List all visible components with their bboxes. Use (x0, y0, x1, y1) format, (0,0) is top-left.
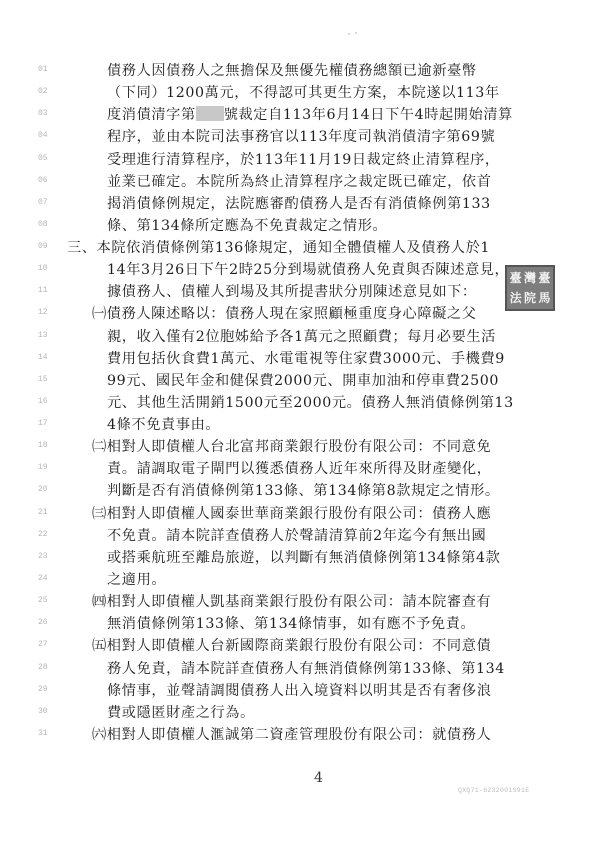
line-text: 不免責。請本院詳查債務人於聲請清算前2年迄今有無出國 (107, 525, 486, 547)
line-number: 12 (38, 308, 62, 317)
line-text: 條情事，並聲請調閱債務人出入境資料以明其是否有奢侈浪 (107, 680, 491, 702)
seal-char: 臺 (509, 269, 522, 288)
document-line: 06並業已確定。本院所為終止清算程序之裁定既已確定，依首 (0, 171, 595, 193)
line-number: 06 (38, 176, 62, 185)
document-line: 09三、本院依消債條例第136條規定，通知全體債權人及債務人於1 (0, 237, 595, 259)
line-text: 務人免責，請本院詳查債務人有無消債條例第133條、第134 (107, 658, 505, 680)
document-line: 31㈥相對人即債權人滙誠第二資產管理股份有限公司：就債務人 (0, 724, 595, 746)
seal-char: 法 (509, 289, 522, 308)
document-line: 24之適用。 (0, 569, 595, 591)
court-seal-stamp: 臺 灣 臺 法 院 馬 (505, 265, 555, 311)
line-text: 三、本院依消債條例第136條規定，通知全體債權人及債務人於1 (67, 237, 490, 259)
page-number: 4 (314, 770, 323, 786)
line-number: 23 (38, 552, 62, 561)
line-text: （下同）1200萬元，不得認可其更生方案，本院遂以113年 (107, 82, 500, 104)
document-line: 16元、其他生活開銷1500元至2000元。債務人無消債條例第13 (0, 392, 595, 414)
line-text: ㈥相對人即債權人滙誠第二資產管理股份有限公司：就債務人 (92, 724, 491, 746)
document-line: 08條、第134條所定應為不免責裁定之情形。 (0, 215, 595, 237)
line-number: 11 (38, 286, 62, 295)
line-number: 26 (38, 618, 62, 627)
line-number: 15 (38, 375, 62, 384)
line-text: 之適用。 (107, 569, 166, 591)
document-line: 27㈤相對人即債權人台新國際商業銀行股份有限公司：不同意債 (0, 635, 595, 657)
document-line: 04程序，並由本院司法事務官以113年度司執消債清字第69號 (0, 126, 595, 148)
document-line: 26無消債條例第133條、第134條情事，如有應不予免責。 (0, 613, 595, 635)
document-line: 30費或隱匿財產之行為。 (0, 702, 595, 724)
line-number: 20 (38, 485, 62, 494)
line-text: ㈢相對人即債權人國泰世華商業銀行股份有限公司：債務人應 (92, 503, 491, 525)
document-line: 14費用包括伙食費1萬元、水電電視等住家費3000元、手機費9 (0, 348, 595, 370)
line-number: 27 (38, 640, 62, 649)
document-line: 18㈡相對人即債權人台北富邦商業銀行股份有限公司：不同意免 (0, 436, 595, 458)
line-text: 條、第134條所定應為不免責裁定之情形。 (107, 215, 387, 237)
line-number: 02 (38, 87, 62, 96)
seal-char: 馬 (538, 289, 551, 308)
line-number: 29 (38, 685, 62, 694)
document-line: 28務人免責，請本院詳查債務人有無消債條例第133條、第134 (0, 658, 595, 680)
line-text: 責。請調取電子閘門以獲悉債務人近年來所得及財產變化， (107, 458, 491, 480)
line-text: 或搭乘航班至離島旅遊，以判斷有無消債條例第134條第4款 (107, 547, 500, 569)
line-text: 判斷是否有消債條例第133條、第134條第8款規定之情形。 (107, 480, 500, 502)
document-line: 13親，收入僅有2位胞姊給予各1萬元之照顧費；每月必要生活 (0, 326, 595, 348)
line-number: 09 (38, 242, 62, 251)
line-text: 無消債條例第133條、第134條情事，如有應不予免責。 (107, 613, 475, 635)
line-number: 14 (38, 353, 62, 362)
line-text: 揭消債條例規定，法院應審酌債務人是否有消債條例第133 (107, 193, 491, 215)
line-number: 18 (38, 441, 62, 450)
document-line: 05受理進行清算程序，於113年11月19日裁定終止清算程序， (0, 149, 595, 171)
line-number: 31 (38, 729, 62, 738)
line-number: 01 (38, 65, 62, 74)
line-number: 13 (38, 331, 62, 340)
document-page: 01債務人因債務人之無擔保及無優先權債務總額已逾新臺幣02（下同）1200萬元，… (0, 0, 595, 841)
line-number: 19 (38, 463, 62, 472)
document-line: 22不免責。請本院詳查債務人於聲請清算前2年迄今有無出國 (0, 525, 595, 547)
document-line: 21㈢相對人即債權人國泰世華商業銀行股份有限公司：債務人應 (0, 503, 595, 525)
line-number: 16 (38, 397, 62, 406)
document-line: 29條情事，並聲請調閱債務人出入境資料以明其是否有奢侈浪 (0, 680, 595, 702)
line-text: 元、其他生活開銷1500元至2000元。債務人無消債條例第13 (107, 392, 514, 414)
document-line: 1599元、國民年金和健保費2000元、開車加油和停車費2500 (0, 370, 595, 392)
document-line: 19責。請調取電子閘門以獲悉債務人近年來所得及財產變化， (0, 458, 595, 480)
line-number: 21 (38, 508, 62, 517)
line-number: 03 (38, 109, 62, 118)
document-line: 20判斷是否有消債條例第133條、第134條第8款規定之情形。 (0, 480, 595, 502)
line-text-before-redaction: 度消債清字第 (107, 107, 196, 123)
line-number: 25 (38, 596, 62, 605)
line-text: 並業已確定。本院所為終止清算程序之裁定既已確定，依首 (107, 171, 491, 193)
scan-speck (348, 33, 350, 35)
line-number: 05 (38, 154, 62, 163)
line-number: 24 (38, 574, 62, 583)
line-text: 據債務人、債權人到場及其所提書狀分別陳述意見如下： (107, 281, 477, 303)
document-line: 07揭消債條例規定，法院應審酌債務人是否有消債條例第133 (0, 193, 595, 215)
line-text: ㈠債務人陳述略以：債務人現在家照顧極重度身心障礙之父 (92, 303, 476, 325)
redaction-box (196, 106, 224, 121)
scan-speck (355, 32, 357, 34)
document-line: 03度消債清字第號裁定自113年6月14日下午4時起開始清算 (0, 104, 595, 126)
line-text: 受理進行清算程序，於113年11月19日裁定終止清算程序， (107, 149, 500, 171)
line-number: 04 (38, 131, 62, 140)
line-text: 債務人因債務人之無擔保及無優先權債務總額已逾新臺幣 (107, 60, 477, 82)
line-number: 07 (38, 198, 62, 207)
seal-char: 院 (523, 289, 536, 308)
line-text: ㈡相對人即債權人台北富邦商業銀行股份有限公司：不同意免 (92, 436, 491, 458)
line-text: 14年3月26日下午2時25分到場就債務人免責與否陳述意見， (107, 259, 509, 281)
seal-char: 臺 (538, 269, 551, 288)
document-line: 25㈣相對人即債權人凱基商業銀行股份有限公司：請本院審查有 (0, 591, 595, 613)
document-line: 23或搭乘航班至離島旅遊，以判斷有無消債條例第134條第4款 (0, 547, 595, 569)
line-number: 30 (38, 707, 62, 716)
seal-char: 灣 (523, 269, 536, 288)
line-text: 親，收入僅有2位胞姊給予各1萬元之照顧費；每月必要生活 (107, 326, 496, 348)
line-number: 22 (38, 530, 62, 539)
document-line: 174條不免責事由。 (0, 414, 595, 436)
line-text: 度消債清字第號裁定自113年6月14日下午4時起開始清算 (107, 104, 513, 126)
line-number: 10 (38, 264, 62, 273)
line-text: 程序，並由本院司法事務官以113年度司執消債清字第69號 (107, 126, 495, 148)
line-text: ㈤相對人即債權人台新國際商業銀行股份有限公司：不同意債 (92, 635, 491, 657)
line-number: 17 (38, 419, 62, 428)
line-number: 28 (38, 663, 62, 672)
document-line: 01債務人因債務人之無擔保及無優先權債務總額已逾新臺幣 (0, 60, 595, 82)
line-text: 4條不免責事由。 (107, 414, 220, 436)
document-id: QXQ71-6232001S91E (458, 787, 529, 794)
line-text: 費用包括伙食費1萬元、水電電視等住家費3000元、手機費9 (107, 348, 505, 370)
line-text: 費或隱匿財產之行為。 (107, 702, 255, 724)
line-text: 99元、國民年金和健保費2000元、開車加油和停車費2500 (107, 370, 499, 392)
line-text-after-redaction: 號裁定自113年6月14日下午4時起開始清算 (224, 107, 513, 123)
line-text: ㈣相對人即債權人凱基商業銀行股份有限公司：請本院審查有 (92, 591, 491, 613)
line-number: 08 (38, 220, 62, 229)
document-line: 02（下同）1200萬元，不得認可其更生方案，本院遂以113年 (0, 82, 595, 104)
